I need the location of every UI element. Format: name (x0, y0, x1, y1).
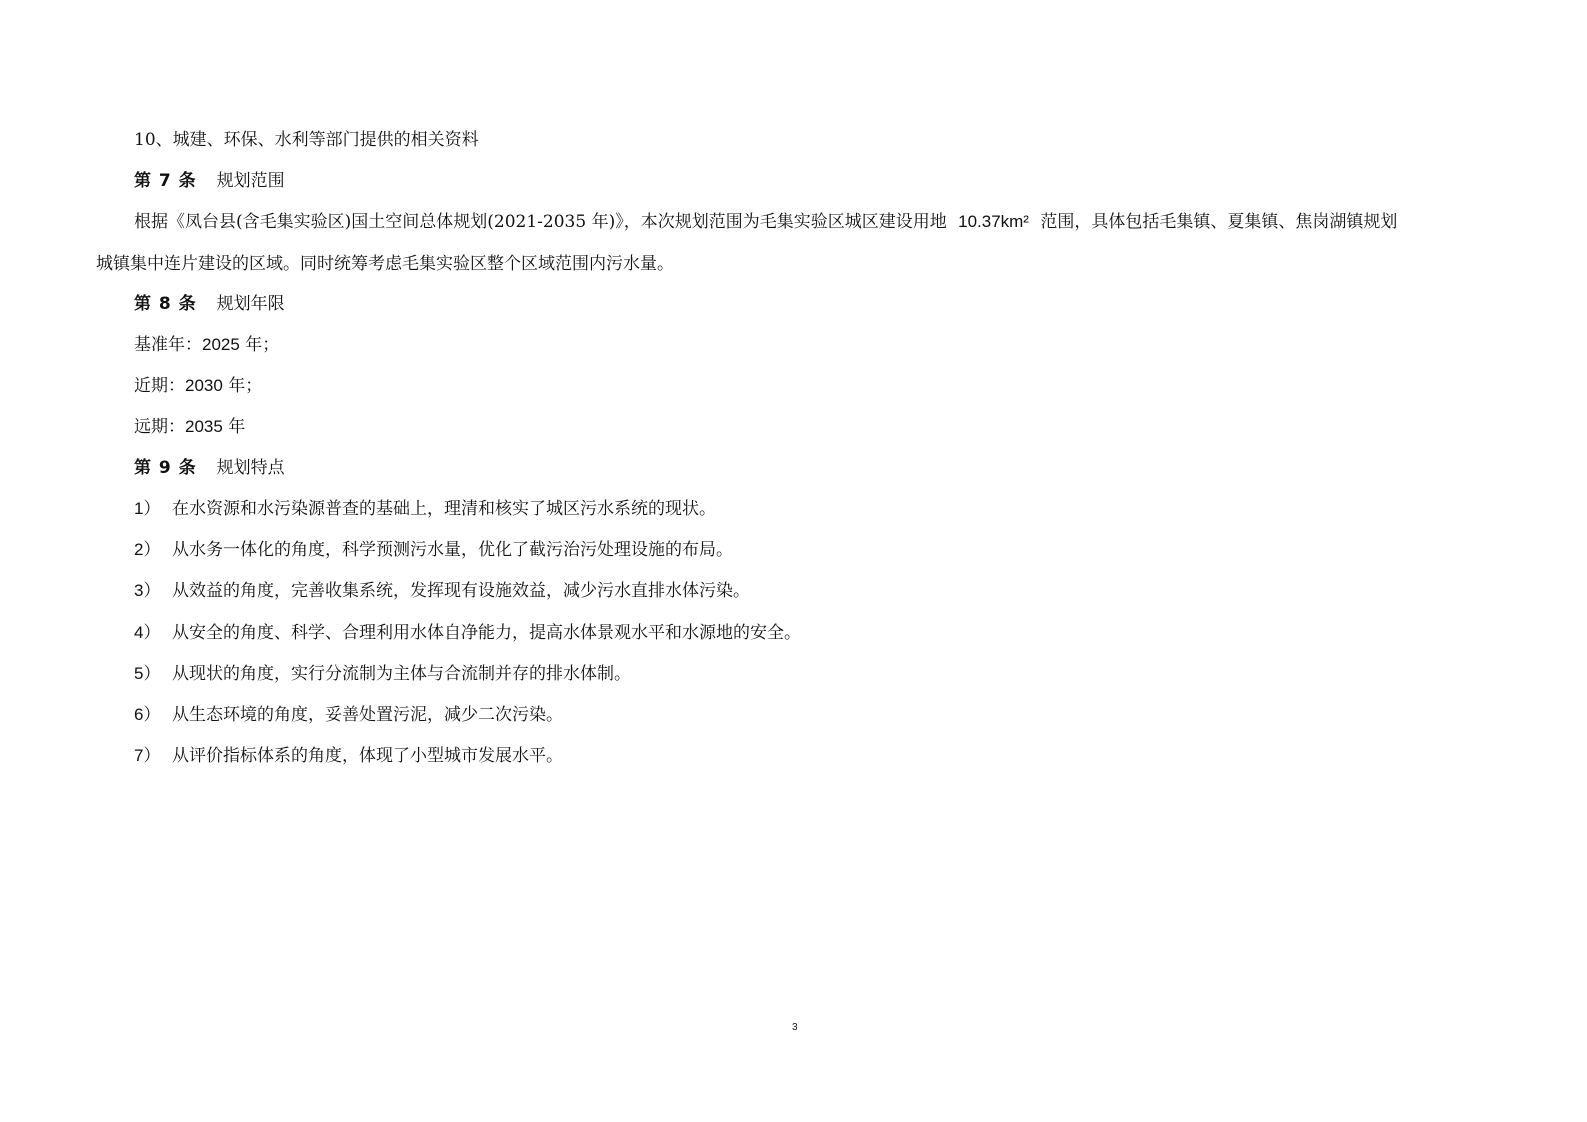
long-term-value: 2035 (185, 417, 223, 436)
feature-item-7: 7）从评价指标体系的角度，体现了小型城市发展水平。 (134, 744, 563, 768)
feature-item-4: 4）从安全的角度、科学、合理利用水体自净能力，提高水体景观水平和水源地的安全。 (134, 621, 801, 645)
article-7-text-b: 范围，具体包括毛集镇、夏集镇、焦岗湖镇规划 (1040, 212, 1397, 232)
article-7-title: 规划范围 (217, 171, 285, 191)
feature-item-3: 3）从效益的角度，完善收集系统，发挥现有设施效益，减少污水直排水体污染。 (134, 579, 750, 603)
long-term-suffix: 年 (228, 417, 245, 437)
list-marker: 6） (134, 703, 172, 727)
list-item-text: 从现状的角度，实行分流制为主体与合流制并存的排水体制。 (172, 664, 631, 684)
base-year-label: 基准年： (134, 335, 202, 355)
list-item-text: 在水资源和水污染源普查的基础上，理清和核实了城区污水系统的现状。 (172, 499, 716, 519)
list-marker: 5） (134, 662, 172, 686)
feature-item-2: 2）从水务一体化的角度，科学预测污水量，优化了截污治污处理设施的布局。 (134, 538, 733, 562)
article-7-paragraph-line-2: 城镇集中连片建设的区域。同时统筹考虑毛集实验区整个区域范围内污水量。 (96, 252, 674, 276)
base-year-suffix: 年； (245, 335, 279, 355)
article-8-title: 规划年限 (217, 294, 285, 314)
feature-item-5: 5）从现状的角度，实行分流制为主体与合流制并存的排水体制。 (134, 662, 631, 686)
reference-item-10: 10、城建、环保、水利等部门提供的相关资料 (134, 128, 479, 152)
feature-item-6: 6）从生态环境的角度，妥善处置污泥，减少二次污染。 (134, 703, 563, 727)
article-7-paragraph-line-1: 根据《凤台县(含毛集实验区)国土空间总体规划(2021-2035 年)》，本次规… (134, 210, 1397, 234)
article-7-text-a: 根据《凤台县(含毛集实验区)国土空间总体规划(2021-2035 年)》，本次规… (134, 212, 947, 232)
list-item-text: 从安全的角度、科学、合理利用水体自净能力，提高水体景观水平和水源地的安全。 (172, 623, 801, 643)
list-marker: 3） (134, 579, 172, 603)
list-item-text: 从评价指标体系的角度，体现了小型城市发展水平。 (172, 746, 563, 766)
long-term-label: 远期： (134, 417, 185, 437)
long-term-line: 远期：2035 年 (134, 415, 245, 439)
list-item-text: 从水务一体化的角度，科学预测污水量，优化了截污治污处理设施的布局。 (172, 540, 733, 560)
base-year-value: 2025 (202, 335, 240, 354)
list-marker: 4） (134, 621, 172, 645)
near-term-line: 近期：2030 年； (134, 374, 262, 398)
page-number: 3 (792, 1022, 798, 1033)
near-term-suffix: 年； (228, 376, 262, 396)
feature-item-1: 1）在水资源和水污染源普查的基础上，理清和核实了城区污水系统的现状。 (134, 497, 716, 521)
near-term-label: 近期： (134, 376, 185, 396)
article-8-label: 第 8 条 (134, 294, 197, 314)
list-item-text: 从效益的角度，完善收集系统，发挥现有设施效益，减少污水直排水体污染。 (172, 581, 750, 601)
list-marker: 7） (134, 744, 172, 768)
near-term-value: 2030 (185, 376, 223, 395)
list-item-text: 从生态环境的角度，妥善处置污泥，减少二次污染。 (172, 705, 563, 725)
article-8-heading: 第 8 条规划年限 (134, 292, 285, 316)
base-year-line: 基准年：2025 年； (134, 333, 279, 357)
article-9-title: 规划特点 (217, 458, 285, 478)
article-9-heading: 第 9 条规划特点 (134, 456, 285, 480)
article-7-label: 第 7 条 (134, 171, 197, 191)
article-9-label: 第 9 条 (134, 458, 197, 478)
list-marker: 1） (134, 497, 172, 521)
planning-area-value: 10.37km² (958, 212, 1029, 231)
article-7-heading: 第 7 条规划范围 (134, 169, 285, 193)
document-page: 10、城建、环保、水利等部门提供的相关资料 第 7 条规划范围 根据《凤台县(含… (0, 0, 1587, 1122)
list-marker: 2） (134, 538, 172, 562)
